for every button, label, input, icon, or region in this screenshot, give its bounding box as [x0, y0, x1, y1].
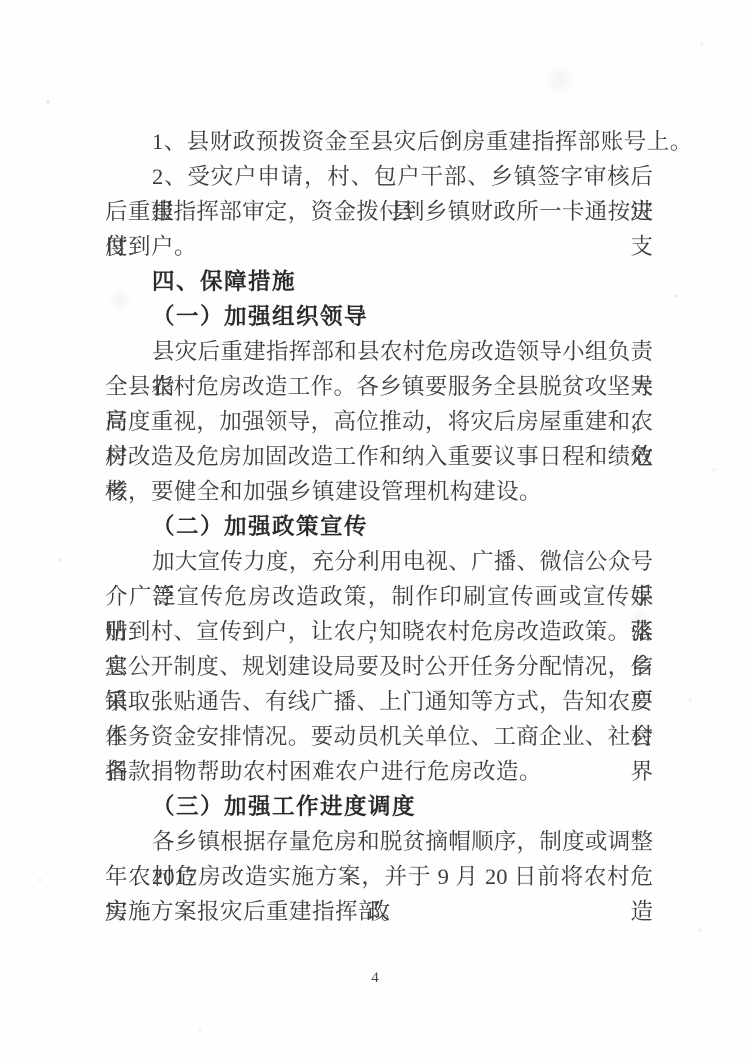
page-number: 4 [0, 970, 750, 987]
text-line: 2、受灾户申请，村、包户干部、乡镇签字审核后报县灾 [105, 159, 653, 194]
text-line: 年农村危房改造实施方案，并于 9 月 20 日前将农村危房改造 [105, 859, 653, 894]
text-line: 任务资金安排情况。要动员机关单位、工商企业、社会各界 [105, 719, 653, 754]
heading-line: （一）加强组织领导 [105, 299, 653, 334]
text-line: 核，要健全和加强乡镇建设管理机构建设。 [105, 474, 653, 509]
text-line: 息公开制度、规划建设局要及时公开任务分配情况，乡镇要 [105, 649, 653, 684]
text-line: 后重建指挥部审定，资金拨付到乡镇财政所一卡通按进度支 [105, 194, 653, 229]
document-body: 1、县财政预拨资金至县灾后倒房重建指挥部账号上。2、受灾户申请，村、包户干部、乡… [105, 124, 653, 929]
heading-line: （三）加强工作进度调度 [105, 789, 653, 824]
text-line: 贴到村、宣传到户，让农户知晓农村危房改造政策。落实信 [105, 614, 653, 649]
text-line: 各乡镇根据存量危房和脱贫摘帽顺序，制度或调整 2017 [105, 824, 653, 859]
scanned-document-page: 1、县财政预拨资金至县灾后倒房重建指挥部账号上。2、受灾户申请，村、包户干部、乡… [0, 0, 750, 1060]
text-line: 加大宣传力度，充分利用电视、广播、微信公众号等媒 [105, 544, 653, 579]
text-line: 1、县财政预拨资金至县灾后倒房重建指挥部账号上。 [105, 124, 653, 159]
text-line: 采取张贴通告、有线广播、上门通知等方式，告知农户本村 [105, 684, 653, 719]
heading-line: 四、保障措施 [105, 264, 653, 299]
text-line: 房改造及危房加固改造工作和纳入重要议事日程和绩效考 [105, 439, 653, 474]
text-line: 县灾后重建指挥部和县农村危房改造领导小组负责指导 [105, 334, 653, 369]
text-line: 全县农村危房改造工作。各乡镇要服务全县脱贫攻坚大局， [105, 369, 653, 404]
text-line: 介广泛宣传危房改造政策，制作印刷宣传画或宣传手册，张 [105, 579, 653, 614]
heading-line: （二）加强政策宣传 [105, 509, 653, 544]
text-line: 高度重视，加强领导，高位推动，将灾后房屋重建和农村危 [105, 404, 653, 439]
